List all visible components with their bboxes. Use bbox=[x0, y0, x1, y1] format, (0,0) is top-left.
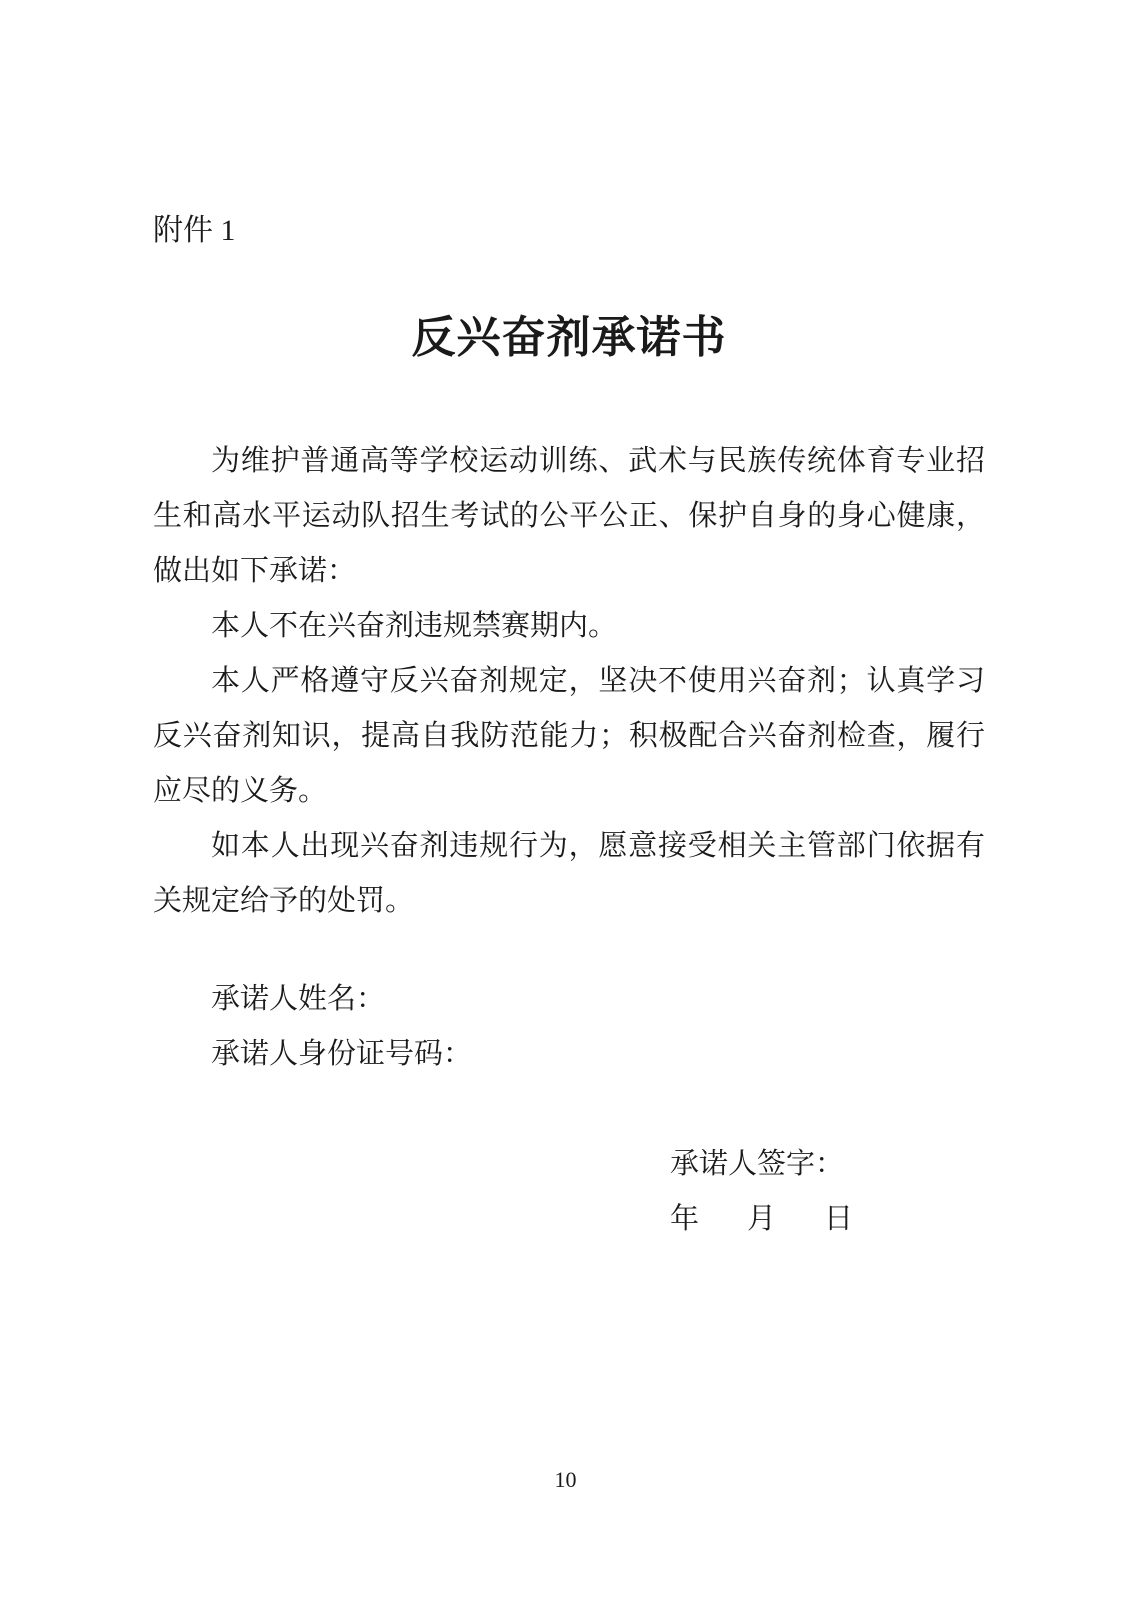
paragraph-commitment-3: 如本人出现兴奋剂违规行为，愿意接受相关主管部门依据有关规定给予的处罚。 bbox=[153, 819, 985, 929]
date-line: 年 月 日 bbox=[670, 1192, 985, 1247]
signer-fields: 承诺人姓名： 承诺人身份证号码： bbox=[153, 972, 985, 1082]
signer-name-label: 承诺人姓名： bbox=[153, 972, 985, 1027]
paragraph-preamble: 为维护普通高等学校运动训练、武术与民族传统体育专业招生和高水平运动队招生考试的公… bbox=[153, 434, 985, 599]
attachment-label: 附件 1 bbox=[153, 203, 985, 258]
document-page: 附件 1 反兴奋剂承诺书 为维护普通高等学校运动训练、武术与民族传统体育专业招生… bbox=[0, 0, 1131, 1600]
date-month-label: 月 bbox=[747, 1192, 776, 1247]
paragraph-commitment-1: 本人不在兴奋剂违规禁赛期内。 bbox=[153, 599, 985, 654]
signature-label: 承诺人签字： bbox=[670, 1137, 985, 1192]
document-title: 反兴奋剂承诺书 bbox=[153, 310, 985, 365]
date-day-label: 日 bbox=[824, 1192, 853, 1247]
date-year-label: 年 bbox=[670, 1192, 699, 1247]
document-content: 附件 1 反兴奋剂承诺书 为维护普通高等学校运动训练、武术与民族传统体育专业招生… bbox=[0, 203, 1131, 1247]
signature-block: 承诺人签字： 年 月 日 bbox=[153, 1137, 985, 1247]
signer-id-label: 承诺人身份证号码： bbox=[153, 1027, 985, 1082]
paragraph-commitment-2: 本人严格遵守反兴奋剂规定，坚决不使用兴奋剂；认真学习反兴奋剂知识，提高自我防范能… bbox=[153, 654, 985, 819]
page-number: 10 bbox=[0, 1467, 1131, 1493]
body-text: 为维护普通高等学校运动训练、武术与民族传统体育专业招生和高水平运动队招生考试的公… bbox=[153, 434, 985, 929]
